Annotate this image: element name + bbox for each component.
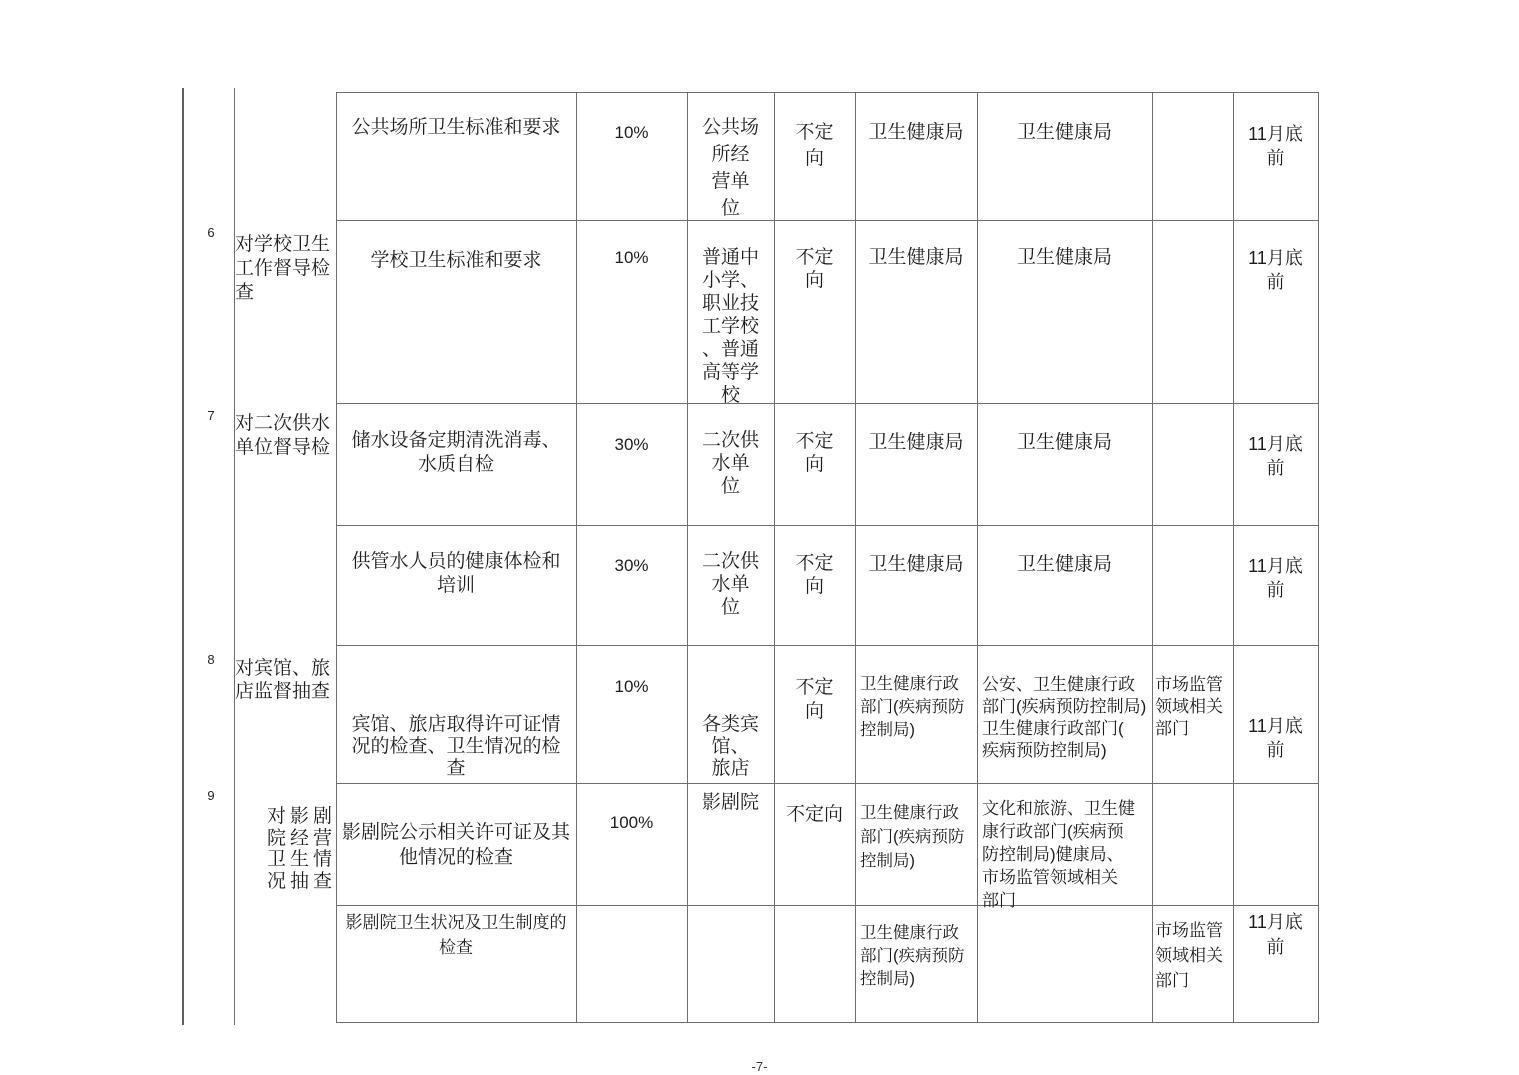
col-divider	[1152, 92, 1153, 1023]
cell-dept2: 公安、卫生健康行政 部门(疾病预防控制局) 卫生健康行政部门( 疾病预防控制局)	[982, 674, 1150, 762]
cell-dept: 卫生健康行政 部门(疾病预防 控制局)	[860, 801, 974, 873]
cell-percent: 30%	[578, 432, 685, 457]
task-label: 对学校卫生工作督导检查	[235, 233, 335, 305]
cell-deadline: 11月底 前	[1235, 122, 1316, 170]
row-number: 8	[200, 652, 222, 667]
col-divider	[1233, 92, 1234, 1023]
cell-dept2: 卫生健康局	[979, 552, 1150, 577]
cell-item: 学校卫生标准和要求	[338, 248, 574, 273]
task-label: 对二次供水单位督导检	[235, 412, 335, 460]
table-bottom-border	[336, 1022, 1319, 1023]
cell-target: 二次供 水单 位	[689, 550, 772, 619]
cell-dept: 卫生健康局	[857, 245, 975, 270]
cell-dept: 卫生健康行政 部门(疾病预防 控制局)	[860, 673, 974, 742]
cell-item: 影剧院卫生状况及卫生制度的 检查	[338, 910, 574, 960]
cell-dept: 卫生健康局	[857, 430, 975, 455]
row-number: 6	[200, 225, 222, 240]
cell-deadline: 11月底 前	[1235, 910, 1316, 960]
col-divider	[234, 88, 235, 1025]
task-label: 对影剧院经营卫生情况抽查	[267, 806, 343, 892]
row-divider	[336, 525, 1319, 526]
cell-deadline: 11月底 前	[1235, 432, 1316, 480]
cell-dept: 卫生健康行政 部门(疾病预防 控制局)	[860, 922, 974, 991]
col-divider	[855, 92, 856, 1023]
cell-percent: 10%	[578, 120, 685, 145]
cell-dept2: 卫生健康局	[979, 245, 1150, 270]
cell-item: 公共场所卫生标准和要求	[338, 115, 574, 140]
row-divider	[336, 645, 1319, 646]
cell-direction: 不定 向	[776, 552, 853, 598]
page-left-rule	[182, 88, 184, 1025]
cell-direction: 不定向	[776, 802, 853, 827]
cell-direction: 不定 向	[776, 430, 853, 476]
cell-target: 二次供 水单 位	[689, 429, 772, 498]
cell-percent: 100%	[578, 810, 685, 835]
row-number: 7	[200, 408, 222, 423]
task-label: 对宾馆、旅店监督抽查	[235, 657, 335, 703]
row-divider	[336, 783, 1319, 784]
row-divider	[336, 403, 1319, 404]
cell-deadline: 11月底 前	[1235, 554, 1316, 602]
cell-item: 影剧院公示相关许可证及其 他情况的检查	[338, 820, 574, 870]
cell-dept2: 卫生健康局	[979, 120, 1150, 145]
cell-dept: 卫生健康局	[857, 552, 975, 577]
page-number: -7-	[0, 1059, 1519, 1074]
col-divider	[687, 92, 688, 1023]
cell-percent: 10%	[578, 245, 685, 270]
cell-direction: 不定 向	[776, 120, 853, 172]
cell-direction: 不定 向	[776, 246, 853, 292]
cell-dept2: 卫生健康局	[979, 430, 1150, 455]
col-divider	[774, 92, 775, 1023]
cell-target: 各类宾 馆、 旅店	[689, 714, 772, 780]
cell-item: 宾馆、旅店取得许可证情 况的检查、卫生情况的检 查	[338, 714, 574, 780]
cell-item: 储水设备定期清洗消毒、 水质自检	[338, 429, 574, 477]
cell-deadline: 11月底 前	[1235, 714, 1316, 762]
row-number: 9	[200, 788, 222, 803]
cell-dept2: 文化和旅游、卫生健 康行政部门(疾病预 防控制局)健康局、 市场监管领域相关 部…	[982, 797, 1150, 912]
cell-deadline: 11月底 前	[1235, 246, 1316, 294]
cell-target: 公共场 所经 营单 位	[689, 114, 772, 222]
cell-dept: 卫生健康局	[857, 120, 975, 145]
col-divider	[576, 92, 577, 1023]
cell-market: 市场监管 领域相关 部门	[1155, 674, 1232, 740]
document-page: 6 对学校卫生工作督导检查 7 对二次供水单位督导检 8 对宾馆、旅店监督抽查 …	[0, 0, 1519, 1075]
cell-target: 普通中 小学、 职业技 工学校 、普通 高等学 校	[689, 246, 772, 407]
col-divider	[977, 92, 978, 1023]
cell-market: 市场监管 领域相关 部门	[1155, 918, 1232, 993]
cell-item: 供管水人员的健康体检和 培训	[338, 550, 574, 598]
cell-percent: 10%	[578, 674, 685, 699]
table-right-border	[1318, 92, 1319, 1023]
row-divider	[336, 905, 1319, 906]
cell-percent: 30%	[578, 553, 685, 578]
cell-direction: 不定 向	[776, 676, 853, 724]
row-divider	[336, 220, 1319, 221]
table-top-border	[336, 92, 1319, 93]
cell-target: 影剧院	[689, 790, 772, 815]
